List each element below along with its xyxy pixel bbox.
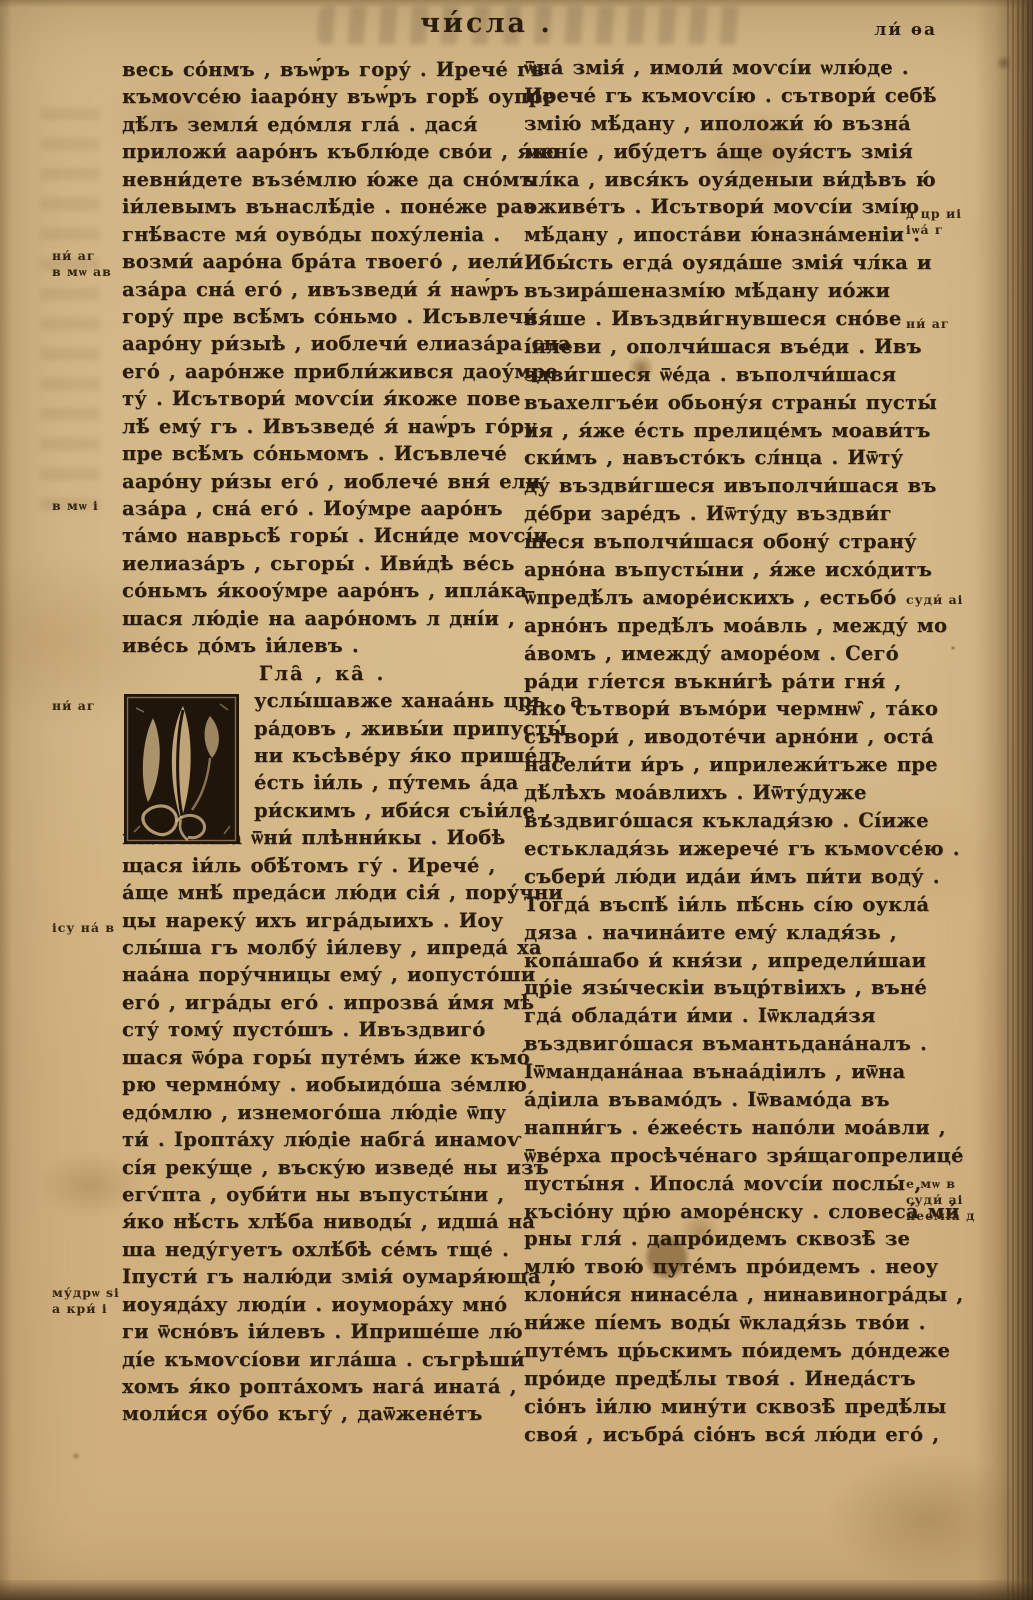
text-line: змію́ мѣ́дану , иположи́ ю́ възна́ [524,110,912,138]
text-line: іи́левымъ вънаслѣ́діе . поне́же раз [122,193,522,220]
text-line: щася іи́ль обѣ́томъ гу́ . Ирече́ , [122,852,522,879]
text-line: иоуяда́ху люді́и . иоумора́ху мно́ [122,1291,522,1318]
text-line: лѣ́ ему́ гъ . Ивъзведе́ я́ наѡ́ръ го́ру … [122,413,522,440]
verse-lines: иплѣни́ша ѿни́ плѣнни́кы . Иобѣщася іи́л… [122,824,522,1428]
text-line: напни́гъ . е́жее́сть напо́ли моа́вли , [524,1114,912,1142]
page-edge-bottom [0,1580,1033,1600]
text-line: ра́ди гл́ется въкни́гѣ ра́ти гня́ , [524,668,912,696]
margin-note-line: в мѡ і [52,498,122,514]
verse-lines: весь со́нмъ , въѡ́ръ гору́ . Ирече́ гъкъ… [122,56,522,660]
text-line: ги ѿсно́въ іи́левъ . Иприше́ше лю́ [122,1318,522,1345]
text-line: невни́дете възе́млю ю́же да сно́мъ [122,166,522,193]
text-line: Ибы́сть егда́ оуяда́ше змія́ чл́ка и [524,249,912,277]
margin-note-line: ни́ аг [52,248,122,264]
text-line: та́мо наврьсѣ́ горы́ . Исни́де моѵсі́и [122,522,522,549]
text-line: дяза . начина́ите ему́ кладя́зь , [524,919,912,947]
text-line: а́ще мнѣ́ преда́си лю́ди сія́ , пору́чни [122,879,522,906]
text-line: мені́е , ибу́детъ а́ще оуя́стъ змія́ [524,138,912,166]
text-line: я́ко нѣ́сть хлѣ́ба ниводы́ , идша́ на [122,1208,522,1235]
margin-notes-left: ни́ агв мѡ ав в мѡ і ни́ аг ісу на́ в му… [52,0,122,1600]
text-line: сі́я реку́ще , въску́ю изведе́ ны изъ [122,1154,522,1181]
text-line: а́діила въвамо́дъ . Іѿвамо́да въ [524,1086,912,1114]
text-line: сіо́нъ іи́лю мину́ти сквозѣ̑ предѣ́лы [524,1393,912,1421]
text-line: своя́ , исъбра́ сіо́нъ вся́ лю́ди его́ , [524,1421,912,1449]
text-line: вя́ше . Ивъздви́гнувшеся сно́ве [524,305,912,333]
text-line: ти́ . Іропта́ху лю́діе набга́ инамоѵ [122,1126,522,1153]
chapter-opening: услы́шавже ханаа́нь црь , ара́довъ , жив… [122,687,522,824]
text-line: моли́ся оу́бо къгу́ , даѿжене́тъ [122,1400,522,1427]
margin-note: ни́ аг [52,698,122,714]
running-title: чи́сла . [0,8,973,39]
margin-note-line: му́дрѡ ѕі [52,1285,122,1301]
text-line: Іпусти́ гъ налю́ди змія́ оумаря́юща , [122,1263,522,1290]
text-line: клони́ся нинасе́ла , нинавиногра́ды , [524,1281,912,1309]
text-line: ри́скимъ , иби́ся съіи́ле , [254,797,522,824]
text-line: ша неду́гуетъ охлѣ́бѣ се́мъ тще́ . [122,1236,522,1263]
text-line: чл́ка , ився́къ оуя́деныи ви́дѣвъ ю́ [524,166,912,194]
text-line: сту́ тому́ пусто́шъ . Ивъздвиго́ [122,1016,522,1043]
text-line: късіо́ну цр́ю аморе́нску . словеса́ ми́ [524,1198,912,1226]
text-line: дѣ́лъ земля́ едо́мля гла́ . дася́ [122,111,522,138]
text-line: наа́на пору́чницы ему́ , иопусто́ши [122,961,522,988]
text-line: едо́млю , изнемого́ша лю́діе ѿпу [122,1099,522,1126]
text-line: Тогда́ въспѣ́ іи́ль пѣ́снь сі́ю оукла́ [524,891,912,919]
text-line: цр́іе язы́ческіи въцр́твіихъ , въне́ [524,974,912,1002]
text-line: аза́ра , сна́ его́ . Иоу́мре ааро́нъ [122,495,522,522]
text-line: ді́е къмоѵсі́ови игла́ша . съгрѣши́ [122,1346,522,1373]
book-page: чи́сла . ли́ ѳа весь со́нмъ , въѡ́ръ гор… [0,0,1033,1600]
margin-note-line: ісу на́ в [52,920,122,936]
text-line: въахелгъе́и обьону́я страны́ пусты́ [524,389,912,417]
text-line: рны гля́ . дапро́идемъ сквозѣ̑ зе [524,1225,912,1253]
text-line: събери́ лю́ди ида́и и́мъ пи́ти воду́ . [524,863,912,891]
text-line: приложи́ ааро́нъ къблю́де сво́и , я́ко [122,138,522,165]
margin-note-line: а кри́ і [52,1301,122,1317]
text-line: възира́шеназмі́ю мѣ́дану ио́жи [524,277,912,305]
page-edge-top [0,0,1033,8]
text-line: мѣ́дану , ипоста́ви ю́назна́меніи . [524,221,912,249]
text-line: въздвиго́шася къкладя́зю . Сі́иже [524,807,912,835]
text-line: шася лю́діе на ааро́номъ л дні́и , [122,605,522,632]
text-line: ту́ . Исътвори́ моѵсі́и я́коже пове [122,385,522,412]
text-line: пре всѣ́мъ со́ньмомъ . Исъвлече́ [122,440,522,467]
text-line: ааро́ну ри́зы его́ , иоблече́ вня́ ели [122,468,522,495]
text-line: егѵ́пта , оуби́ти ны въпусты́ни , [122,1181,522,1208]
text-line: ня , я́же е́сть прелице́мъ моави́тъ [524,417,912,445]
text-line: его́ , ааро́нже прибли́жився даоу́мре [122,358,522,385]
text-line: шеся въполчи́шася обону́ страну́ [524,528,912,556]
text-line: ни късѣве́ру я́ко прише́лъ [254,742,522,769]
text-line: де́бри заре́дъ . Иѿту́ду въздви́г [524,500,912,528]
text-line: про́иде предѣ́лы твоя́ . Инеда́стъ [524,1365,912,1393]
text-line: е́сть іи́ль , пу́темь а́да [254,769,522,796]
text-line: млю́ твою́ путе́мъ про́идемъ . неоу [524,1253,912,1281]
text-line: ни́же пі́емъ воды́ ѿкладя́зь тво́и . [524,1309,912,1337]
text-line: Іѿмандана́наа вънаа́діилъ , иѿна [524,1058,912,1086]
text-line: естькладя́зь ижерече́ гъ къмоѵсе́ю . [524,835,912,863]
text-line: возми́ ааро́на бра́та твоего́ , иели́ [122,248,522,275]
text-line: копа́шабо и́ кня́зи , ипредели́шаи [524,947,912,975]
woodcut-initial [124,694,239,844]
text-line: къмоѵсе́ю іааро́ну въѡ́ръ горѣ́ оупре [122,83,522,110]
text-line: весь со́нмъ , въѡ́ръ гору́ . Ирече́ гъ [122,56,522,83]
text-line: иелиаза́ръ , сьгоры́ . Иви́дѣ ве́сь [122,550,522,577]
text-line: ѿна́ змія́ , имоли́ моѵсі́и ѡлю́де . [524,54,912,82]
text-line: гда́ облада́ти и́ми . Іѿкладя́зя [524,1002,912,1030]
margin-note-line: в мѡ ав [52,264,122,280]
text-line: гору́ пре всѣ́мъ со́ньмо . Исъвлечи́ [122,303,522,330]
margin-note: ісу на́ в [52,920,122,936]
text-line: ра́довъ , живы́и припусты́ [254,715,522,742]
text-line: Ирече́ гъ къмоѵсі́ю . сътвори́ себѣ́ [524,82,912,110]
text-line: здви́гшеся ѿе́да . въполчи́шася [524,361,912,389]
text-line: я́ко сътвори́ въмо́ри чермнѡ̑ , та́ко [524,695,912,723]
text-line: а́вомъ , имежду́ аморе́ом . Сего́ [524,640,912,668]
text-line: рю чермно́му . иобыидо́ша зе́млю [122,1071,522,1098]
page-edge-left [0,0,12,1600]
text-line: насели́ти и́ръ , иприлежи́тъже пре [524,751,912,779]
text-line: арно́на въпусты́ни , я́же исхо́дитъ [524,556,912,584]
verse-lines: ѿна́ змія́ , имоли́ моѵсі́и ѡлю́де .Иреч… [524,54,912,1449]
text-line: гнѣ́васте мя́ оуво́ды поху́леніа . [122,221,522,248]
text-line: цы нареку́ ихъ игра́дыихъ . Иоу [122,907,522,934]
text-line: со́ньмъ я́кооу́мре ааро́нъ , ипла́ка [122,577,522,604]
text-line: ски́мъ , навъсто́къ сл́нца . Иѿту́ [524,444,912,472]
text-line: слы́ша гъ молбу́ іи́леву , ипреда́ ха [122,934,522,961]
text-line: услы́шавже ханаа́нь црь , а [254,687,522,714]
page-edge-streaks [1007,0,1033,1600]
chapter-heading: Гла̑ , ка̑ . [122,660,522,687]
margin-note: му́дрѡ ѕіа кри́ і [52,1285,122,1317]
text-line: ааро́ну ри́зыѣ , иоблечи́ елиаза́ра сна [122,330,522,357]
text-line: арно́нъ предѣ́лъ моа́вль , между́ мо [524,612,912,640]
text-column-right: ѿна́ змія́ , имоли́ моѵсі́и ѡлю́де .Иреч… [524,54,912,1449]
text-line: въздвиго́шася въмантьдана́налъ . [524,1030,912,1058]
text-line: ду́ въздви́гшеся ивъполчи́шася въ [524,472,912,500]
text-line: шася ѿо́ра горы́ путе́мъ и́же къмо́ [122,1044,522,1071]
text-column-left: весь со́нмъ , въѡ́ръ гору́ . Ирече́ гъкъ… [122,56,522,1428]
text-line: аза́ра сна́ его́ , ивъзведи́ я́ наѡ́ръ [122,276,522,303]
text-line: сътвори́ , иводоте́чи арно́ни , оста́ [524,723,912,751]
text-line: ѿпредѣ́лъ аморе́искихъ , естьбо́ [524,584,912,612]
margin-note: в мѡ і [52,498,122,514]
text-line: путе́мъ цр́ьскимъ по́идемъ до́ндеже [524,1337,912,1365]
text-line: ѿве́рха просѣче́наго зря́щагопрелице́ [524,1142,912,1170]
text-line: і́илеви , ополчи́шася въе́ди . Ивъ [524,333,912,361]
text-line: оживе́тъ . Исътвори́ моѵсі́и змі́ю [524,193,912,221]
text-line: его́ , игра́ды его́ . ипрозва́ и́мя мѣ [122,989,522,1016]
margin-note: ни́ агв мѡ ав [52,248,122,280]
text-line: пусты́ня . Ипосла́ моѵсі́и послы́ , [524,1170,912,1198]
text-line: хомъ я́ко ропта́хомъ нага́ ината́ , [122,1373,522,1400]
text-line: дѣ́лѣхъ моа́влихъ . Иѿту́дуже [524,779,912,807]
margin-note-line: ни́ аг [52,698,122,714]
text-line: иве́сь до́мъ іи́левъ . [122,632,522,659]
